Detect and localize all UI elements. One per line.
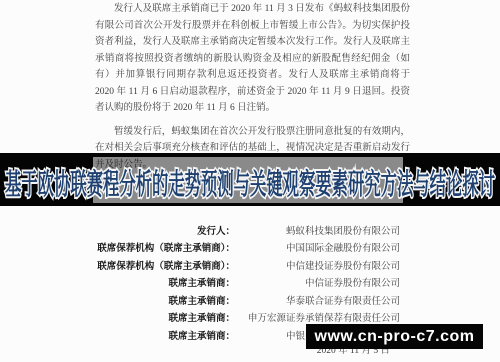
underwriter-label: 联席主承销商： <box>95 275 235 289</box>
headline-overlay: 基于欧协联赛程分析的走势预测与关键观察要素研究方法与结论探讨 <box>0 153 500 206</box>
paragraph-suspension-notice: 发行人及联席主承销商已于 2020 年 11 月 3 日发布《蚂蚁科技集团股份有… <box>95 1 410 117</box>
table-row: 联席保荐机构（联席主承销商）： 中信建投证券股份有限公司 <box>95 256 400 274</box>
announcement-page: 发行人及联席主承销商已于 2020 年 11 月 3 日发布《蚂蚁科技集团股份有… <box>0 0 500 362</box>
underwriter-value: 华泰联合证券有限责任公司 <box>235 293 400 307</box>
table-row: 发行人： 蚂蚁科技集团股份有限公司 <box>95 221 400 239</box>
underwriter-label: 联席主承销商： <box>95 310 235 324</box>
underwriter-value: 中信证券股份有限公司 <box>235 275 400 289</box>
underwriter-value: 申万宏源证券承销保荐有限责任公司 <box>235 310 400 324</box>
underwriter-label: 联席主承销商： <box>95 328 235 342</box>
issuer-value: 蚂蚁科技集团股份有限公司 <box>235 223 400 237</box>
issuer-label: 发行人： <box>95 223 235 237</box>
table-row: 联席主承销商： 中信证券股份有限公司 <box>95 274 400 292</box>
underwriter-label: 联席主承销商： <box>95 293 235 307</box>
watermark-url-text: www.cn-pro-c7.com <box>315 328 475 346</box>
sponsor-label: 联席保荐机构（联席主承销商）： <box>95 240 235 254</box>
sponsor-label: 联席保荐机构（联席主承销商）： <box>95 258 235 272</box>
watermark-badge: www.cn-pro-c7.com <box>306 324 483 349</box>
sponsor-value: 中国国际金融股份有限公司 <box>235 240 400 254</box>
table-row: 联席保荐机构（联席主承销商）： 中国国际金融股份有限公司 <box>95 239 400 257</box>
sponsor-value: 中信建投证券股份有限公司 <box>235 258 400 272</box>
headline-title-text: 基于欧协联赛程分析的走势预测与关键观察要素研究方法与结论探讨 <box>5 167 495 201</box>
table-row: 联席主承销商： 华泰联合证券有限责任公司 <box>95 291 400 309</box>
announcement-body: 发行人及联席主承销商已于 2020 年 11 月 3 日发布《蚂蚁科技集团股份有… <box>95 1 410 173</box>
